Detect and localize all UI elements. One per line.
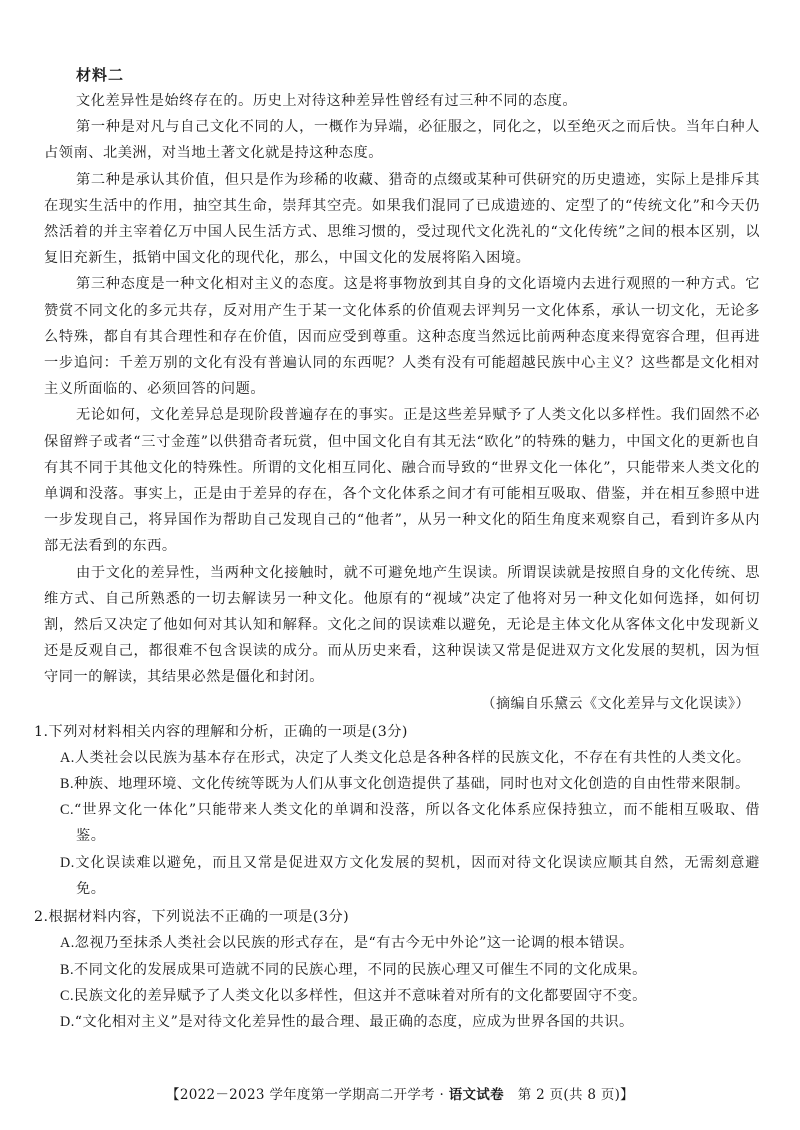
option-text: 忽视乃至抹杀人类社会以民族的形式存在，是“有古今无中外论”这一论调的根本错误。 [75,935,634,951]
option-label: D. [60,1014,75,1030]
paragraph: 由于文化的差异性，当两种文化接触时，就不可避免地产生误读。所谓误读就是按照自身的… [44,560,760,691]
option-text: “文化相对主义”是对待文化差异性的最合理、最正确的态度，应成为世界各国的共识。 [75,1014,634,1030]
option-a[interactable]: A.人类社会以民族为基本存在形式，决定了人类文化总是各种各样的民族文化，不存在有… [52,745,760,771]
option-label: A. [60,935,75,951]
option-text: 种族、地理环境、文化传统等既为人们从事文化创造提供了基础，同时也对文化创造的自由… [74,776,750,792]
question-2: 2.根据材料内容，下列说法不正确的一项是(3分) A.忽视乃至抹杀人类社会以民族… [44,904,760,1035]
option-label: C. [60,802,74,818]
footer-exam-info: 【2022－2023 学年度第一学期高二开学考 · [166,1087,449,1103]
option-text: 民族文化的差异赋予了人类文化以多样性，但这并不意味着对所有的文化都要固守不变。 [74,988,647,1004]
material-title: 材料二 [76,62,760,88]
option-b[interactable]: B.种族、地理环境、文化传统等既为人们从事文化创造提供了基础，同时也对文化创造的… [52,771,760,797]
option-text: 文化误读难以避免，而且又常是促进双方文化发展的契机，因而对待文化误读应顺其自然，… [75,855,760,897]
exam-page: 材料二 文化差异性是始终存在的。历史上对待这种差异性曾经有过三种不同的态度。 第… [44,62,760,1035]
paragraph: 文化差异性是始终存在的。历史上对待这种差异性曾经有过三种不同的态度。 [44,88,760,114]
question-1: 1.下列对材料相关内容的理解和分析，正确的一项是(3分) A.人类社会以民族为基… [44,719,760,902]
option-label: D. [60,855,75,871]
option-label: B. [60,962,74,978]
paragraph: 第三种态度是一种文化相对主义的态度。这是将事物放到其自身的文化语境内去进行观照的… [44,271,760,402]
option-d[interactable]: D.“文化相对主义”是对待文化差异性的最合理、最正确的态度，应成为世界各国的共识… [52,1009,760,1035]
option-label: C. [60,988,74,1004]
question-stem: 1.下列对材料相关内容的理解和分析，正确的一项是(3分) [34,719,760,745]
option-text: “世界文化一体化”只能带来人类文化的单调和没落，所以各文化体系应保持独立，而不能… [74,802,760,844]
option-d[interactable]: D.文化误读难以避免，而且又常是促进双方文化发展的契机，因而对待文化误读应顺其自… [52,850,760,902]
paragraph: 无论如何，文化差异总是现阶段普遍存在的事实。正是这些差异赋予了人类文化以多样性。… [44,402,760,559]
paragraph: 第一种是对凡与自己文化不同的人，一概作为异端，必征服之，同化之，以至绝灭之而后快… [44,114,760,166]
option-a[interactable]: A.忽视乃至抹杀人类社会以民族的形式存在，是“有古今无中外论”这一论调的根本错误… [52,930,760,956]
option-label: A. [60,750,75,766]
option-text: 不同文化的发展成果可造就不同的民族心理，不同的民族心理又可催生不同的文化成果。 [74,962,647,978]
footer-page-number: 第 2 页(共 8 页)】 [504,1087,634,1103]
option-text: 人类社会以民族为基本存在形式，决定了人类文化总是各种各样的民族文化，不存在有共性… [75,750,751,766]
option-label: B. [60,776,74,792]
page-footer: 【2022－2023 学年度第一学期高二开学考 · 语文试卷 第 2 页(共 8… [0,1083,800,1103]
source-citation: （摘编自乐黛云《文化差异与文化误读》） [44,691,760,717]
footer-subject: 语文试卷 [449,1087,504,1103]
paragraph: 第二种是承认其价值，但只是作为珍稀的收藏、猎奇的点缀或某种可供研究的历史遗迹，实… [44,167,760,272]
option-b[interactable]: B.不同文化的发展成果可造就不同的民族心理，不同的民族心理又可催生不同的文化成果… [52,957,760,983]
question-stem: 2.根据材料内容，下列说法不正确的一项是(3分) [34,904,760,930]
option-c[interactable]: C.民族文化的差异赋予了人类文化以多样性，但这并不意味着对所有的文化都要固守不变… [52,983,760,1009]
option-c[interactable]: C.“世界文化一体化”只能带来人类文化的单调和没落，所以各文化体系应保持独立，而… [52,797,760,849]
